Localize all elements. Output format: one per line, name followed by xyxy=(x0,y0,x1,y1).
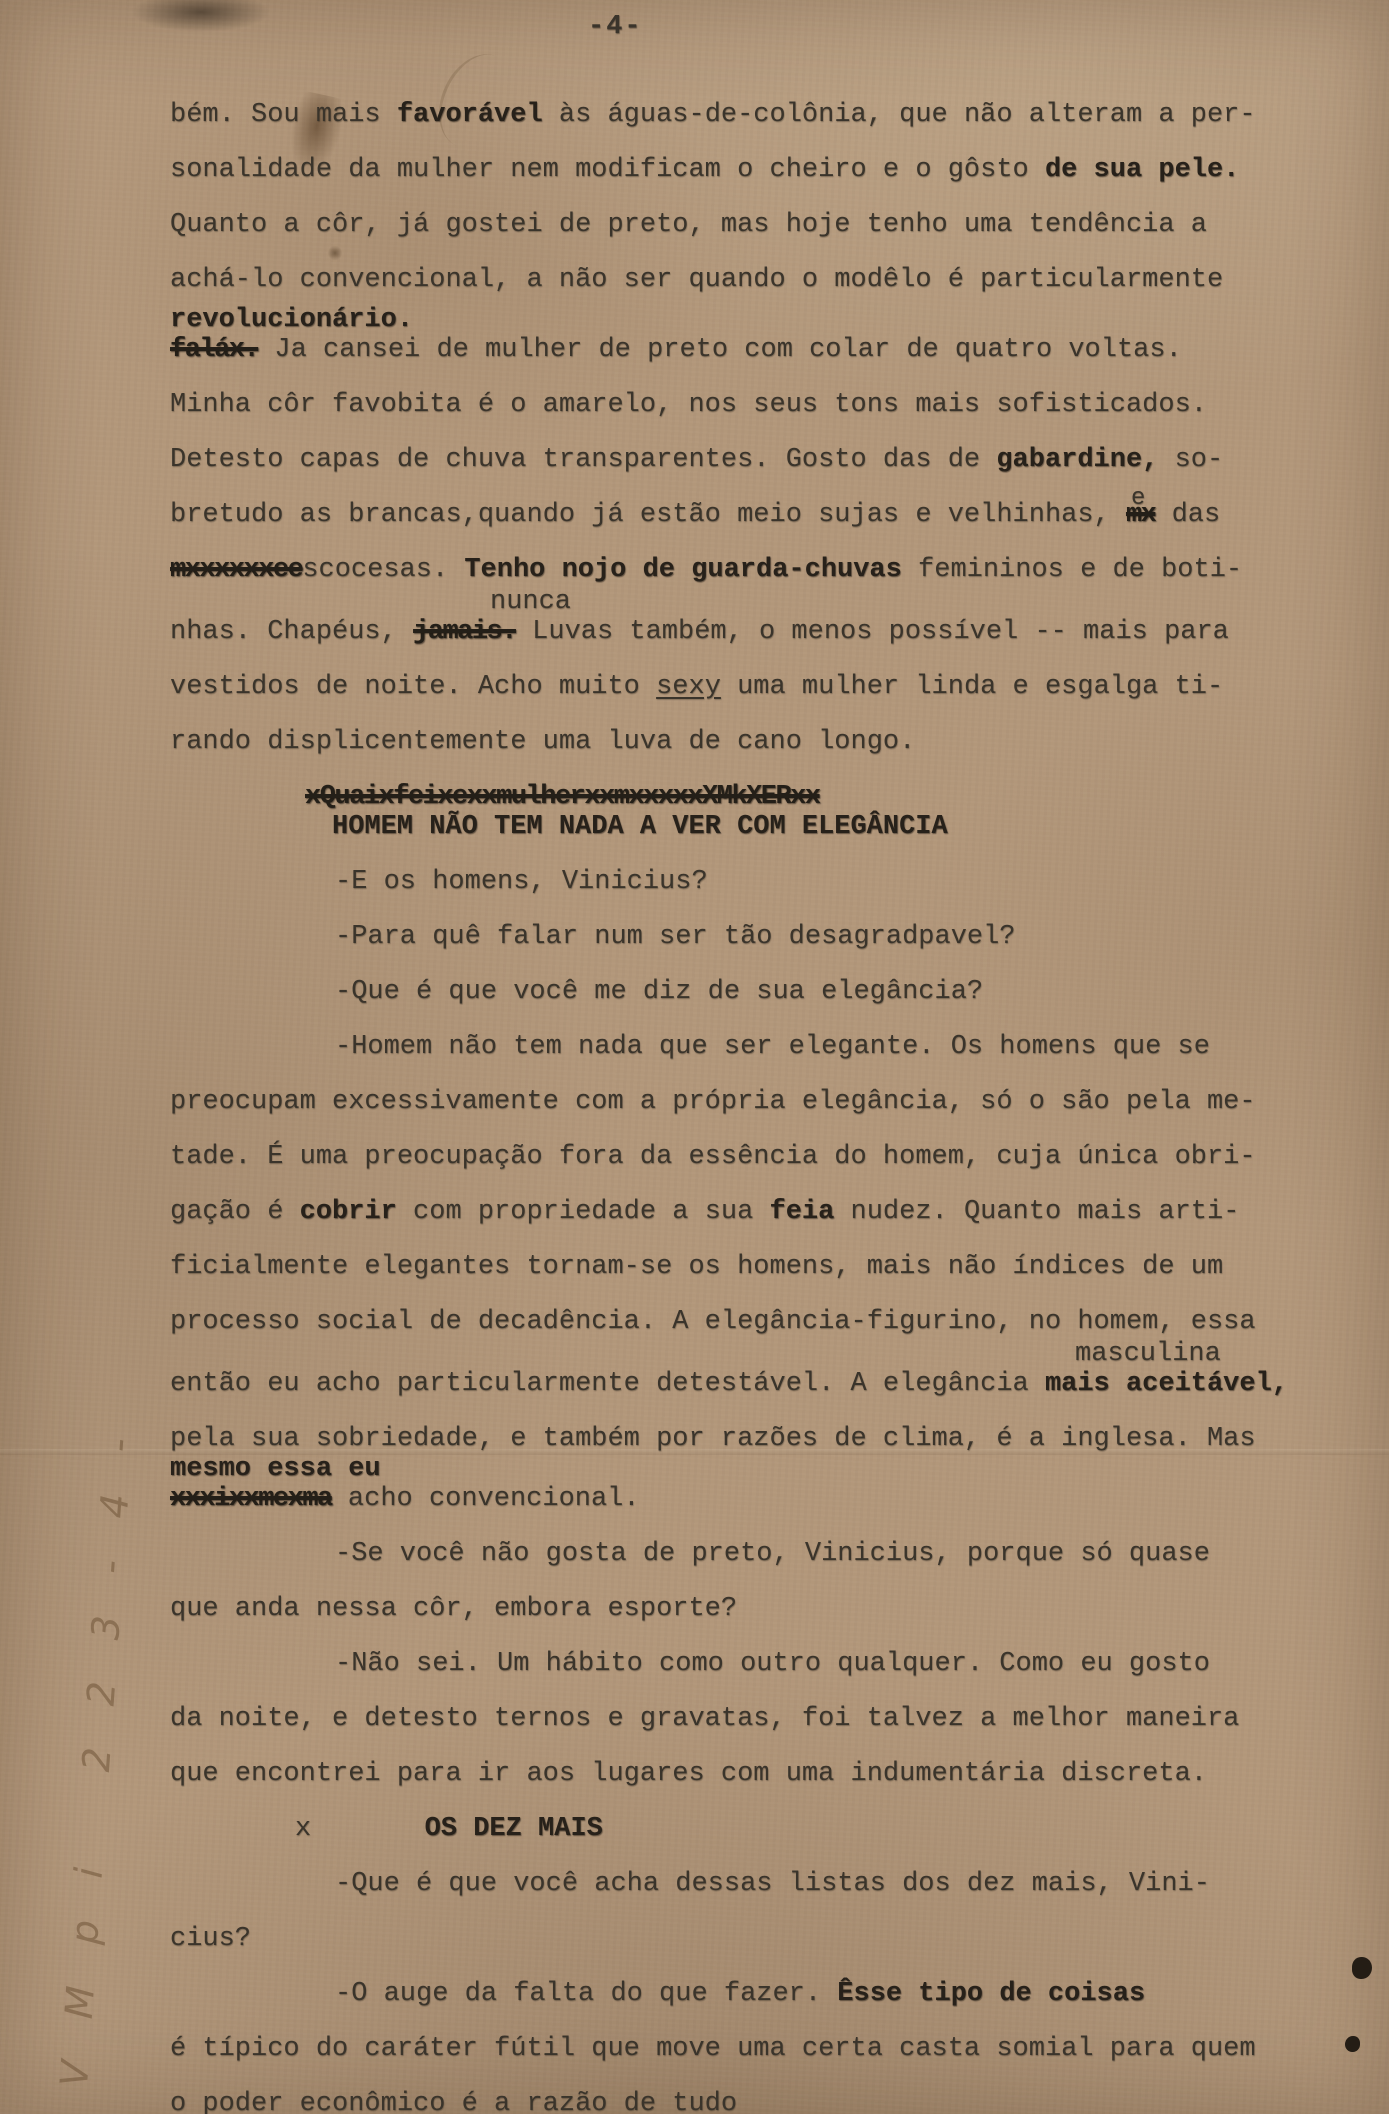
doc-line: Quanto a côr, já gostei de preto, mas ho… xyxy=(170,210,1305,240)
text-segment: HOMEM NÃO TEM NADA A VER COM ELEGÂNCIA xyxy=(332,812,948,842)
text-segment: OS DEZ MAIS xyxy=(425,1814,603,1844)
doc-line: mesmo essa eu xyxy=(170,1454,1305,1484)
text-segment: das xyxy=(1155,500,1220,530)
doc-line: rando displicentemente uma luva de cano … xyxy=(170,727,1305,757)
text-segment: vestidos de noite. Acho muito xyxy=(170,672,656,702)
text-segment: uma mulher linda e esgalga ti- xyxy=(721,672,1223,702)
doc-line: -O auge da falta do que fazer. Êsse tipo… xyxy=(335,1979,1305,2009)
text-segment: cobrir xyxy=(300,1197,397,1227)
text-segment: mesmo essa eu xyxy=(170,1454,381,1484)
text-segment: Minha côr favobita é o amarelo, nos seus… xyxy=(170,390,1207,420)
text-segment: scocesas. xyxy=(302,555,464,585)
text-segment: -E os homens, Vinicius? xyxy=(335,867,708,897)
doc-line: -Que é que você me diz de sua elegância? xyxy=(335,977,1305,1007)
doc-line: nhas. Chapéus, jamais. Luvas também, o m… xyxy=(170,617,1305,647)
page-number: -4- xyxy=(588,12,643,42)
text-segment: nunca xyxy=(490,587,571,617)
doc-line: -Que é que você acha dessas listas dos d… xyxy=(335,1869,1305,1899)
text-segment: rando displicentemente uma luva de cano … xyxy=(170,727,915,757)
doc-line: é típico do caráter fútil que move uma c… xyxy=(170,2034,1305,2064)
text-segment: Êsse tipo de coisas xyxy=(837,1979,1145,2009)
text-segment: processo social de decadência. A elegânc… xyxy=(170,1307,1256,1337)
doc-line: xxxixxmexma acho convencional. xyxy=(170,1484,1305,1514)
struck-text: faláx. xyxy=(170,335,258,365)
text-segment: pela sua sobriedade, e também por razões… xyxy=(170,1424,1256,1454)
text-segment: Detesto capas de chuva transparentes. Go… xyxy=(170,445,996,475)
doc-line: -Se você não gosta de preto, Vinicius, p… xyxy=(335,1539,1305,1569)
doc-line: mxxxxxxeescocesas. Tenho nojo de guarda-… xyxy=(170,555,1305,585)
text-segment: revolucionário. xyxy=(170,305,413,335)
text-segment: preocupam excessivamente com a própria e… xyxy=(170,1087,1256,1117)
text-segment: so- xyxy=(1158,445,1223,475)
text-segment: -Que é que você me diz de sua elegância? xyxy=(335,977,983,1007)
text-segment: bém. Sou mais xyxy=(170,100,397,130)
text-segment: o poder econômico é a razão de tudo xyxy=(170,2089,737,2114)
doc-line: xQuaixfeixexxmulherxxmxxxxxXMkXERxx xyxy=(305,782,1305,812)
doc-line: bretudo as brancas,quando já estão meio … xyxy=(170,500,1305,530)
doc-line: ficialmente elegantes tornam-se os homen… xyxy=(170,1252,1305,1282)
text-segment: sexy xyxy=(656,672,721,702)
text-segment: -Para quê falar num ser tão desagradpave… xyxy=(335,922,1016,952)
text-segment: então eu acho particularmente detestável… xyxy=(170,1369,1045,1399)
doc-line: nunca xyxy=(490,587,1305,617)
handwritten-margin-note: VMpi 223-4- xyxy=(52,1395,144,2088)
doc-line: -Para quê falar num ser tão desagradpave… xyxy=(335,922,1305,952)
text-segment: gação é xyxy=(170,1197,300,1227)
text-segment: feia xyxy=(770,1197,835,1227)
text-segment: nudez. Quanto mais arti- xyxy=(834,1197,1239,1227)
doc-line: preocupam excessivamente com a própria e… xyxy=(170,1087,1305,1117)
doc-line: -Homem não tem nada que ser elegante. Os… xyxy=(335,1032,1305,1062)
text-segment: Quanto a côr, já gostei de preto, mas ho… xyxy=(170,210,1207,240)
text-segment: que anda nessa côr, embora esporte? xyxy=(170,1594,737,1624)
doc-line: cius? xyxy=(170,1924,1305,1954)
doc-line: revolucionário. xyxy=(170,305,1305,335)
text-segment: é típico do caráter fútil que move uma c… xyxy=(170,2034,1256,2064)
doc-line: bém. Sou mais favorável às águas-de-colô… xyxy=(170,100,1305,130)
struck-text: xxxixxmexma xyxy=(170,1484,332,1514)
text-segment: masculina xyxy=(1075,1339,1221,1369)
text-segment: com propriedade a sua xyxy=(397,1197,770,1227)
struck-text: jamais. xyxy=(413,617,516,647)
text-segment: tade. É uma preocupação fora da essência… xyxy=(170,1142,1256,1172)
ink-smudge xyxy=(126,0,276,34)
text-segment: às águas-de-colônia, que não alteram a p… xyxy=(543,100,1256,130)
text-segment: bretudo as brancas,quando já estão meio … xyxy=(170,500,1126,530)
text-segment: -Homem não tem nada que ser elegante. Os… xyxy=(335,1032,1210,1062)
text-segment: ficialmente elegantes tornam-se os homen… xyxy=(170,1252,1223,1282)
doc-line: vestidos de noite. Acho muito sexy uma m… xyxy=(170,672,1305,702)
text-segment: Tenho nojo de guarda-chuvas xyxy=(464,555,901,585)
text-segment: Luvas também, o menos possível -- mais p… xyxy=(516,617,1229,647)
doc-line: processo social de decadência. A elegânc… xyxy=(170,1307,1305,1337)
text-segment: acho convencional. xyxy=(332,1484,640,1514)
text-segment: de sua pele. xyxy=(1045,155,1239,185)
text-segment: -Que é que você acha dessas listas dos d… xyxy=(335,1869,1210,1899)
doc-line: HOMEM NÃO TEM NADA A VER COM ELEGÂNCIA xyxy=(332,812,1305,842)
doc-line: faláx. Ja cansei de mulher de preto com … xyxy=(170,335,1305,365)
document-page: -4- bém. Sou mais favorável às águas-de-… xyxy=(0,0,1389,2114)
text-segment: favorável xyxy=(397,100,543,130)
doc-line: -Não sei. Um hábito como outro qualquer.… xyxy=(335,1649,1305,1679)
doc-line: o poder econômico é a razão de tudo xyxy=(170,2089,1305,2114)
struck-text: xQuaixfeixexxmulherxxmxxxxxXMkXERxx xyxy=(305,782,820,812)
text-segment: que encontrei para ir aos lugares com um… xyxy=(170,1759,1207,1789)
text-segment: da noite, e detesto ternos e gravatas, f… xyxy=(170,1704,1239,1734)
typewritten-body: bém. Sou mais favorável às águas-de-colô… xyxy=(170,100,1305,2114)
text-segment: -O auge da falta do que fazer. xyxy=(335,1979,837,2009)
doc-line: achá-lo convencional, a não ser quando o… xyxy=(170,265,1305,295)
doc-line: da noite, e detesto ternos e gravatas, f… xyxy=(170,1704,1305,1734)
text-segment xyxy=(311,1814,424,1844)
doc-line: -E os homens, Vinicius? xyxy=(335,867,1305,897)
text-segment: gabardine, xyxy=(996,445,1158,475)
doc-line: x OS DEZ MAIS xyxy=(295,1814,1305,1844)
text-segment: Ja cansei de mulher de preto com colar d… xyxy=(258,335,1182,365)
text-segment: -Se você não gosta de preto, Vinicius, p… xyxy=(335,1539,1210,1569)
doc-line: que encontrei para ir aos lugares com um… xyxy=(170,1759,1305,1789)
doc-line: sonalidade da mulher nem modificam o che… xyxy=(170,155,1305,185)
doc-line: masculina xyxy=(1075,1339,1305,1369)
text-segment: mais aceitável, xyxy=(1045,1369,1288,1399)
text-segment: -Não sei. Um hábito como outro qualquer.… xyxy=(335,1649,1210,1679)
doc-line: Detesto capas de chuva transparentes. Go… xyxy=(170,445,1305,475)
text-segment: nhas. Chapéus, xyxy=(170,617,413,647)
text-segment: cius? xyxy=(170,1924,251,1954)
text-segment: femininos e de boti- xyxy=(902,555,1242,585)
doc-line: que anda nessa côr, embora esporte? xyxy=(170,1594,1305,1624)
doc-line: Minha côr favobita é o amarelo, nos seus… xyxy=(170,390,1305,420)
text-segment: x xyxy=(295,1814,311,1844)
doc-line: gação é cobrir com propriedade a sua fei… xyxy=(170,1197,1305,1227)
struck-text: mxxxxxxee xyxy=(170,555,302,585)
text-segment: achá-lo convencional, a não ser quando o… xyxy=(170,265,1223,295)
text-segment: sonalidade da mulher nem modificam o che… xyxy=(170,155,1045,185)
doc-line: tade. É uma preocupação fora da essência… xyxy=(170,1142,1305,1172)
ink-dot xyxy=(1352,1957,1372,1979)
ink-dot xyxy=(1345,2036,1360,2052)
doc-line: então eu acho particularmente detestável… xyxy=(170,1369,1305,1399)
doc-line: pela sua sobriedade, e também por razões… xyxy=(170,1424,1305,1454)
